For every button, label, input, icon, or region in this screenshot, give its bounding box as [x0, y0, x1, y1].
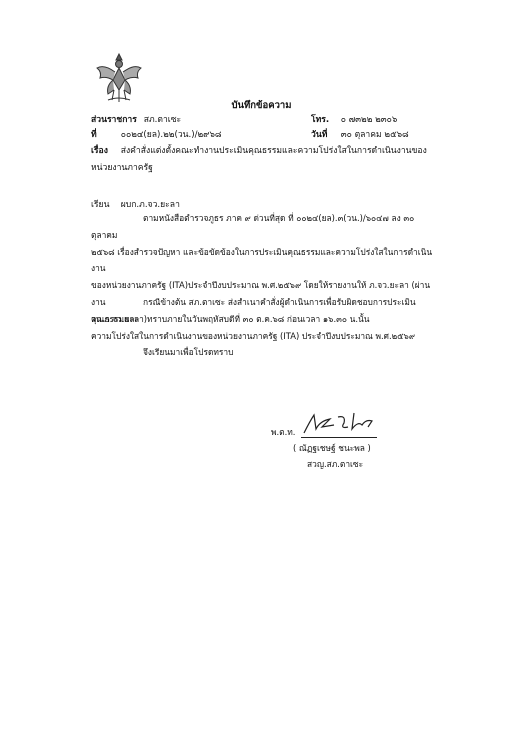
- paragraph-1-line: ตามหนังสือตำรวจภูธร ภาค ๙ ด่วนที่สุด ที่…: [91, 213, 414, 240]
- phone-row: โทร. ๐ ๗๓๒๒ ๒๓๐๖: [311, 114, 397, 126]
- subject-line-2: หน่วยงานภาครัฐ: [91, 162, 153, 174]
- paragraph-2-line: ความโปร่งใสในการดำเนินงานของหน่วยงานภาคร…: [91, 328, 443, 345]
- date-row: วันที่ ๓๐ ตุลาคม ๒๕๖๘: [311, 129, 409, 141]
- signature-scribble-icon: [300, 407, 380, 437]
- agency-label: ส่วนราชการ: [91, 114, 141, 126]
- phone-value: ๐ ๗๓๒๒ ๒๓๐๖: [341, 115, 398, 125]
- memo-title: บันทึกข้อความ: [0, 98, 523, 113]
- signature-line: [301, 437, 377, 438]
- reference-label: ที่: [91, 129, 118, 141]
- phone-label: โทร.: [311, 114, 338, 126]
- signature-rank: พ.ต.ท.: [271, 425, 295, 439]
- paragraph-2: กรณีข้างต้น สภ.ตาเซะ ส่งสำเนาคำสั่งผู้ดำ…: [91, 294, 443, 361]
- subject-label: เรื่อง: [91, 145, 118, 157]
- agency-value: สภ.ตาเซะ: [144, 115, 181, 125]
- reference-row: ที่ ๐๐๒๔(ยล).๒๒(วน.)/๒๙๖๘: [91, 129, 222, 141]
- reference-value: ๐๐๒๔(ยล).๒๒(วน.)/๒๙๖๘: [121, 130, 222, 140]
- paragraph-2-line: กรณีข้างต้น สภ.ตาเซะ ส่งสำเนาคำสั่งผู้ดำ…: [91, 297, 416, 324]
- subject-row: เรื่อง ส่งคำสั่งแต่งตั้งคณะทำงานประเมินค…: [91, 145, 427, 157]
- date-value: ๓๐ ตุลาคม ๒๕๖๘: [341, 130, 409, 140]
- memo-page: บันทึกข้อความ ส่วนราชการ สภ.ตาเซะ โทร. ๐…: [0, 0, 523, 734]
- date-label: วันที่: [311, 129, 338, 141]
- agency-row: ส่วนราชการ สภ.ตาเซะ: [91, 114, 181, 126]
- paragraph-1-line: ๒๕๖๘ เรื่องสำรวจปัญหา และข้อขัดข้องในการ…: [91, 244, 443, 278]
- signature-position: สวญ.สภ.ตาเซะ: [307, 457, 363, 471]
- signature-name: ( ณัฏฐเชษฐ์ ชนะพล ): [293, 441, 371, 455]
- salutation-value: ผบก.ภ.จว.ยะลา: [121, 200, 180, 210]
- subject-line-1: ส่งคำสั่งแต่งตั้งคณะทำงานประเมินคุณธรรมแ…: [121, 146, 427, 156]
- closing-text: จึงเรียนมาเพื่อโปรดทราบ: [143, 347, 233, 357]
- garuda-emblem-icon: [94, 50, 144, 104]
